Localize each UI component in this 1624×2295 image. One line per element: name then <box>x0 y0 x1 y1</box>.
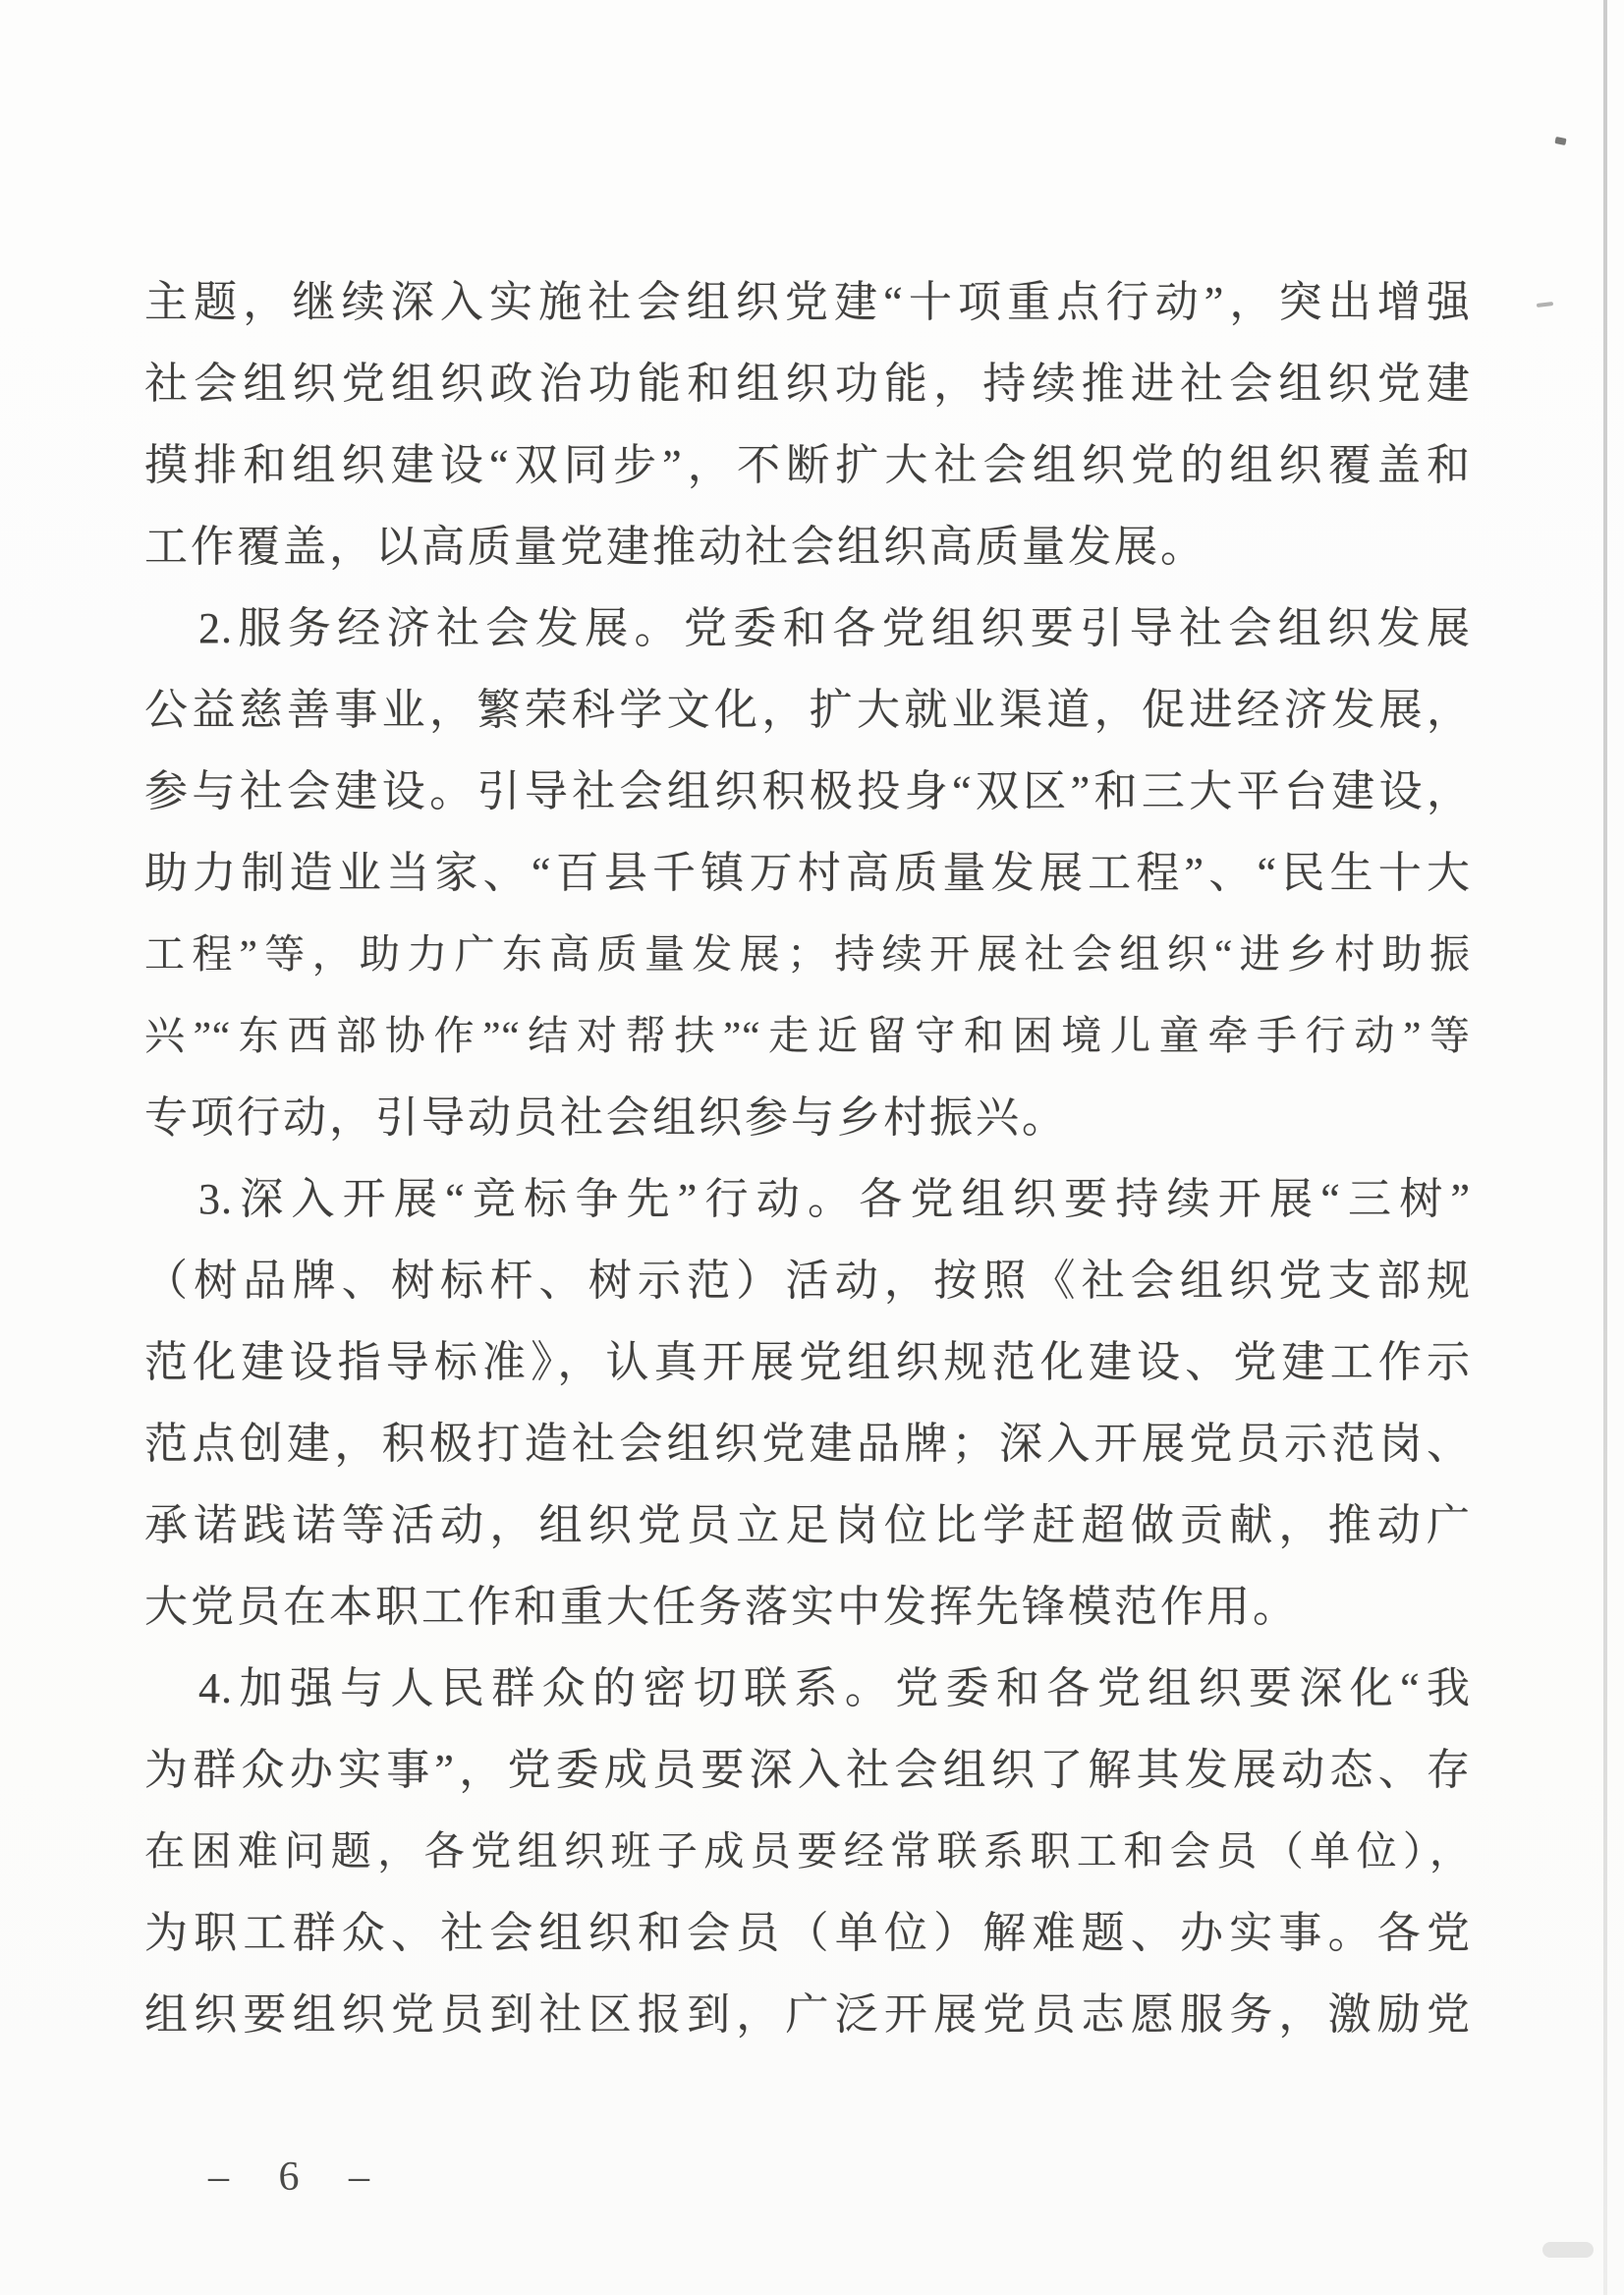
text-line: 4.加强与人民群众的密切联系。党委和各党组织要深化“我 <box>144 1648 1471 1729</box>
text-line: 主题，继续深入实施社会组织党建“十项重点行动”，突出增强 <box>144 261 1471 343</box>
text-line: 参与社会建设。引导社会组织积极投身“双区”和三大平台建设， <box>144 751 1471 832</box>
scan-speck <box>1554 137 1566 145</box>
text-line: 公益慈善事业，繁荣科学文化，扩大就业渠道，促进经济发展， <box>144 669 1471 751</box>
text-line: 大党员在本职工作和重大任务落实中发挥先锋模范作用。 <box>144 1566 1471 1648</box>
text-line: （树品牌、树标杆、树示范）活动，按照《社会组织党支部规 <box>144 1240 1471 1321</box>
document-text-block: 主题，继续深入实施社会组织党建“十项重点行动”，突出增强 社会组织党组织政治功能… <box>144 261 1471 2055</box>
page-number: – 6 – <box>208 2154 389 2201</box>
text-line: 工程”等，助力广东高质量发展；持续开展社会组织“进乡村助振 <box>144 914 1471 995</box>
text-line: 助力制造业当家、“百县千镇万村高质量发展工程”、“民生十大 <box>144 832 1471 914</box>
text-line: 承诺践诺等活动，组织党员立足岗位比学赶超做贡献，推动广 <box>144 1484 1471 1566</box>
text-line: 为职工群众、社会组织和会员（单位）解难题、办实事。各党 <box>144 1892 1471 1974</box>
text-line: 工作覆盖，以高质量党建推动社会组织高质量发展。 <box>144 506 1471 588</box>
text-line: 兴”“东西部协作”“结对帮扶”“走近留守和困境儿童牵手行动”等 <box>144 995 1471 1077</box>
text-line: 摸排和组织建设“双同步”，不断扩大社会组织党的组织覆盖和 <box>144 424 1471 506</box>
text-line: 专项行动，引导动员社会组织参与乡村振兴。 <box>144 1077 1471 1158</box>
scan-edge-line <box>1603 0 1607 2295</box>
text-line: 为群众办实事”，党委成员要深入社会组织了解其发展动态、存 <box>144 1729 1471 1811</box>
document-page: 主题，继续深入实施社会组织党建“十项重点行动”，突出增强 社会组织党组织政治功能… <box>0 0 1624 2295</box>
text-line: 在困难问题，各党组织班子成员要经常联系职工和会员（单位）， <box>144 1811 1471 1892</box>
text-line: 社会组织党组织政治功能和组织功能，持续推进社会组织党建 <box>144 343 1471 424</box>
text-line: 组织要组织党员到社区报到，广泛开展党员志愿服务，激励党 <box>144 1974 1471 2055</box>
text-line: 范化建设指导标准》，认真开展党组织规范化建设、党建工作示 <box>144 1321 1471 1403</box>
text-line: 2.服务经济社会发展。党委和各党组织要引导社会组织发展 <box>144 588 1471 669</box>
scan-tilde-mark <box>1537 302 1553 308</box>
text-line: 3.深入开展“竞标争先”行动。各党组织要持续开展“三树” <box>144 1158 1471 1240</box>
scan-smudge <box>1542 2242 1594 2258</box>
text-line: 范点创建，积极打造社会组织党建品牌；深入开展党员示范岗、 <box>144 1403 1471 1484</box>
